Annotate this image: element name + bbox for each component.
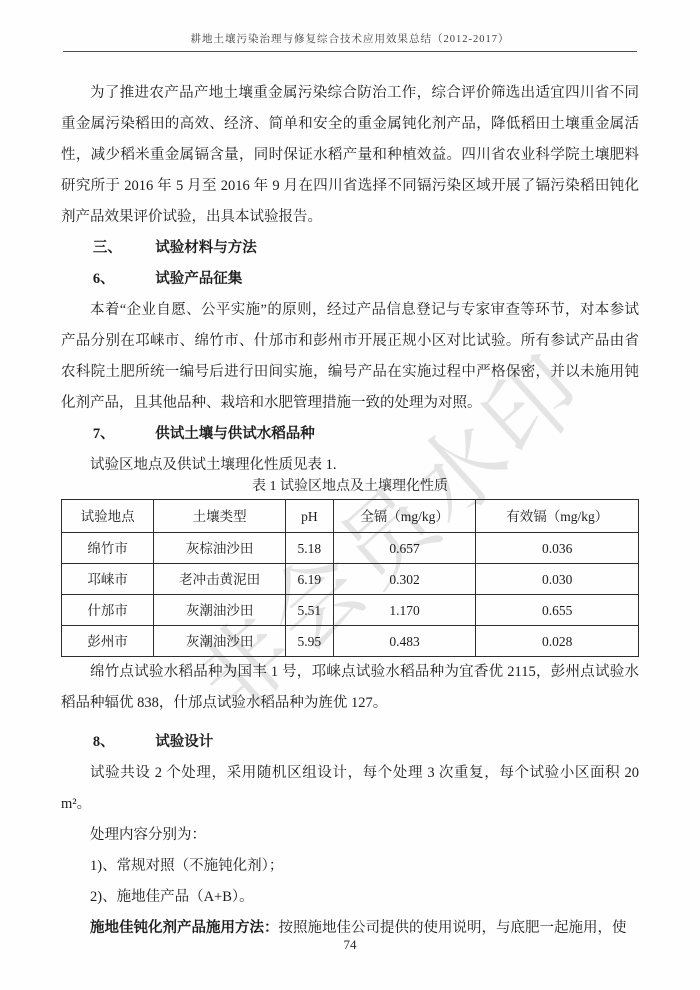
column-header: 土壤类型 — [154, 500, 286, 533]
table-cell: 0.483 — [333, 626, 476, 657]
table-row: 什邡市 灰潮油沙田 5.51 1.170 0.655 — [62, 595, 639, 626]
table-cell: 0.036 — [476, 533, 639, 564]
heading-8: 8、 试验设计 — [61, 727, 639, 758]
heading-number: 三、 — [93, 233, 155, 264]
table-cell: 灰潮油沙田 — [154, 595, 286, 626]
table-cell: 彭州市 — [62, 626, 154, 657]
column-header: 全镉（mg/kg） — [333, 500, 476, 533]
table-cell: 邛崃市 — [62, 564, 154, 595]
table-cell: 0.028 — [476, 626, 639, 657]
paragraph-design: 试验共设 2 个处理，采用随机区组设计，每个处理 3 次重复，每个试验小区面积 … — [61, 758, 639, 820]
paragraph-treatments-lead: 处理内容分别为： — [61, 820, 639, 851]
heading-title: 试验设计 — [155, 727, 639, 758]
heading-number: 6、 — [93, 264, 155, 295]
soil-table: 试验地点 土壤类型 pH 全镉（mg/kg） 有效镉（mg/kg） 绵竹市 灰棕… — [61, 499, 639, 657]
table-cell: 老冲击黄泥田 — [154, 564, 286, 595]
page-content: 为了推进农产品产地土壤重金属污染综合防治工作，综合评价筛选出适宜四川省不同重金属… — [61, 78, 639, 944]
heading-6: 6、 试验产品征集 — [61, 264, 639, 295]
method-lead-label: 施地佳钝化剂产品施用方法： — [90, 920, 279, 936]
table-header-row: 试验地点 土壤类型 pH 全镉（mg/kg） 有效镉（mg/kg） — [62, 500, 639, 533]
heading-title: 试验材料与方法 — [155, 233, 639, 264]
table-row: 彭州市 灰潮油沙田 5.95 0.483 0.028 — [62, 626, 639, 657]
table-cell: 6.19 — [285, 564, 333, 595]
table-cell: 灰潮油沙田 — [154, 626, 286, 657]
paragraph-intro: 为了推进农产品产地土壤重金属污染综合防治工作，综合评价筛选出适宜四川省不同重金属… — [61, 78, 639, 233]
table-cell: 0.302 — [333, 564, 476, 595]
table-cell: 1.170 — [333, 595, 476, 626]
table-cell: 绵竹市 — [62, 533, 154, 564]
list-item-control: 1)、常规对照（不施钝化剂）； — [61, 851, 639, 882]
method-text: 按照施地佳公司提供的使用说明，与底肥一起施用，使 — [279, 920, 627, 936]
table-cell: 5.18 — [285, 533, 333, 564]
heading-number: 8、 — [93, 727, 155, 758]
page-number: 74 — [0, 937, 700, 953]
running-header: 耕地土壤污染治理与修复综合技术应用效果总结（2012-2017） — [0, 31, 700, 46]
table-cell: 0.030 — [476, 564, 639, 595]
heading-number: 7、 — [93, 419, 155, 450]
column-header: 试验地点 — [62, 500, 154, 533]
table-row: 邛崃市 老冲击黄泥田 6.19 0.302 0.030 — [62, 564, 639, 595]
paragraph-rice-varieties: 绵竹点试验水稻品种为国丰 1 号，邛崃点试验水稻品种为宜香优 2115，彭州点试… — [61, 657, 639, 719]
heading-7: 7、 供试土壤与供试水稻品种 — [61, 419, 639, 450]
paragraph-product-collection: 本着“企业自愿、公平实施”的原则，经过产品信息登记与专家审查等环节，对本参试产品… — [61, 295, 639, 419]
heading-title: 供试土壤与供试水稻品种 — [155, 419, 639, 450]
table-cell: 灰棕油沙田 — [154, 533, 286, 564]
table-cell: 什邡市 — [62, 595, 154, 626]
heading-title: 试验产品征集 — [155, 264, 639, 295]
column-header: 有效镉（mg/kg） — [476, 500, 639, 533]
document-page: 耕地土壤污染治理与修复综合技术应用效果总结（2012-2017） 非会员水印 为… — [0, 0, 700, 990]
table-cell: 0.655 — [476, 595, 639, 626]
header-rule — [63, 51, 637, 52]
table-cell: 0.657 — [333, 533, 476, 564]
table-cell: 5.95 — [285, 626, 333, 657]
list-item-product: 2)、施地佳产品（A+B）。 — [61, 882, 639, 913]
column-header: pH — [285, 500, 333, 533]
table-cell: 5.51 — [285, 595, 333, 626]
table-row: 绵竹市 灰棕油沙田 5.18 0.657 0.036 — [62, 533, 639, 564]
heading-section-3: 三、 试验材料与方法 — [61, 233, 639, 264]
